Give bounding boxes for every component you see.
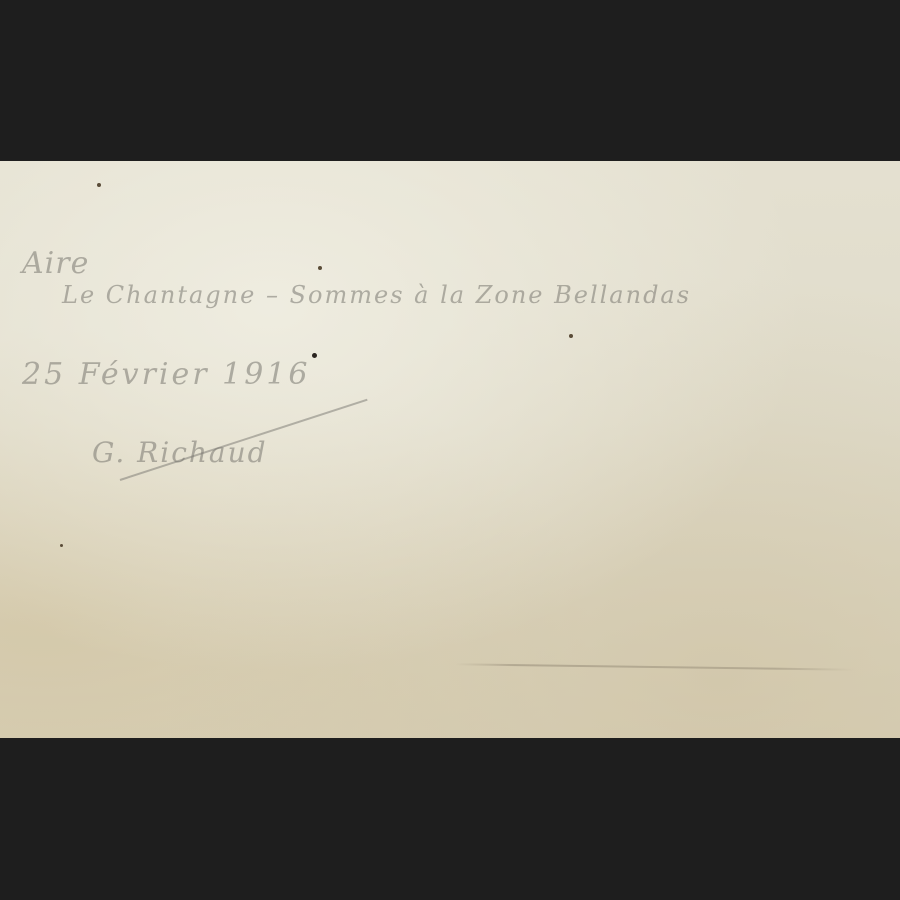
inscription-date: 25 Février 1916 bbox=[22, 357, 311, 392]
inscription-place: Aire bbox=[22, 246, 89, 281]
paper-speck bbox=[569, 334, 573, 338]
paper-speck bbox=[60, 544, 63, 547]
paper-speck bbox=[318, 266, 322, 270]
paper-speck bbox=[312, 353, 317, 358]
paper-crease bbox=[455, 663, 855, 671]
paper-speck bbox=[97, 183, 101, 187]
paper-sheet: Aire Le Chantagne – Sommes à la Zone Bel… bbox=[0, 161, 900, 738]
inscription-location: Le Chantagne – Sommes à la Zone Bellanda… bbox=[62, 281, 691, 309]
